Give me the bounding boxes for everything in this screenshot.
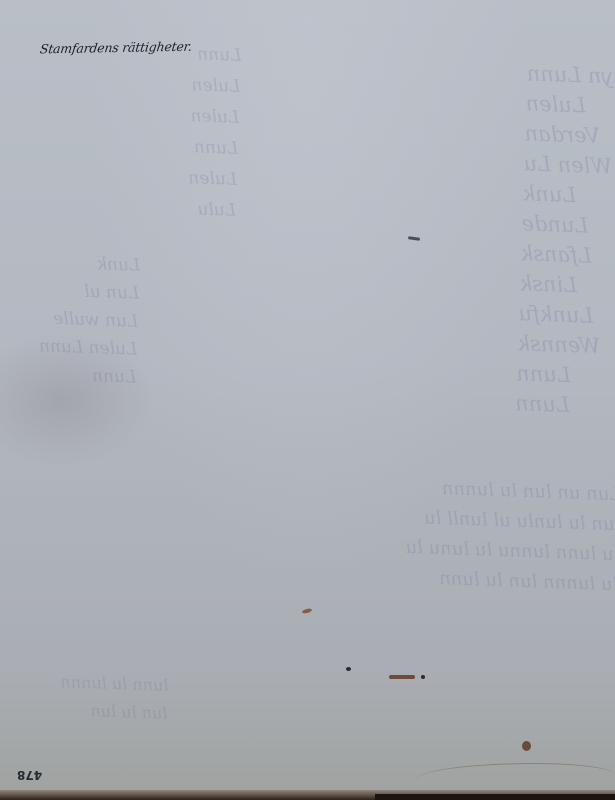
- ink-speck: [408, 236, 420, 241]
- bleed-line: Lulen: [525, 88, 615, 121]
- bleed-through-left-column: Lunk Lun ul Lun wulle Lulen Lunn Lunn: [38, 248, 141, 391]
- bleed-line: Lunn: [515, 388, 615, 421]
- bleed-through-middle-column: Lunn Lulen Lulen Lunn Lulen Lulu: [187, 39, 242, 227]
- bleed-line: Lunk: [522, 178, 615, 211]
- bleed-line: Lunde: [521, 208, 615, 241]
- manuscript-page: Lyn Lunn Lulen Verdan Wlen Lu Lunk Lunde…: [0, 0, 615, 800]
- bleed-line: Verdan: [524, 118, 615, 151]
- page-bottom-shadow: [375, 794, 615, 800]
- bleed-line: Lunn: [189, 132, 239, 165]
- bleed-line: Wlen Lu: [523, 148, 615, 181]
- bleed-line: Lunkfu: [518, 298, 615, 331]
- handwritten-heading: Stamfardens rättigheter.: [39, 39, 193, 57]
- bleed-line: Lunn: [516, 358, 615, 391]
- bleed-line: Lulen Lunn: [39, 332, 138, 363]
- bleed-line: Lulen: [191, 70, 241, 103]
- rust-stain: [522, 741, 531, 751]
- ink-speck: [421, 675, 425, 679]
- rust-stain: [389, 675, 415, 679]
- ink-speck: [346, 667, 351, 671]
- rust-stain: [302, 608, 313, 614]
- bleed-line: lunn lu lunnn: [60, 668, 169, 700]
- bleed-line: Lunn: [38, 360, 137, 391]
- paper-crease: [415, 763, 615, 792]
- bleed-through-paragraph: Lun un lun lu lunnn lun lu lunlu ul lunl…: [28, 460, 615, 601]
- bleed-line: lun lu lun: [59, 696, 168, 728]
- bleed-line: Lyn Lunn: [526, 58, 615, 91]
- bleed-line: Lun wulle: [40, 304, 139, 335]
- bleed-line: Lulen: [190, 101, 240, 134]
- bleed-line: Linsk: [519, 268, 615, 301]
- bleed-line: Lfansk: [520, 238, 615, 271]
- page-number: 478: [17, 768, 42, 782]
- bleed-line: Lunn: [192, 39, 242, 72]
- bleed-line: Lunk: [41, 248, 140, 279]
- bleed-line: Lun ul: [41, 276, 140, 307]
- bleed-line: Lulu: [187, 194, 237, 227]
- bleed-through-lower: lunn lu lunnn lun lu lun: [59, 668, 169, 728]
- bleed-line: Lulen: [188, 163, 238, 196]
- bleed-line: Wennsk: [517, 328, 615, 361]
- bleed-through-right-column: Lyn Lunn Lulen Verdan Wlen Lu Lunk Lunde…: [515, 58, 615, 421]
